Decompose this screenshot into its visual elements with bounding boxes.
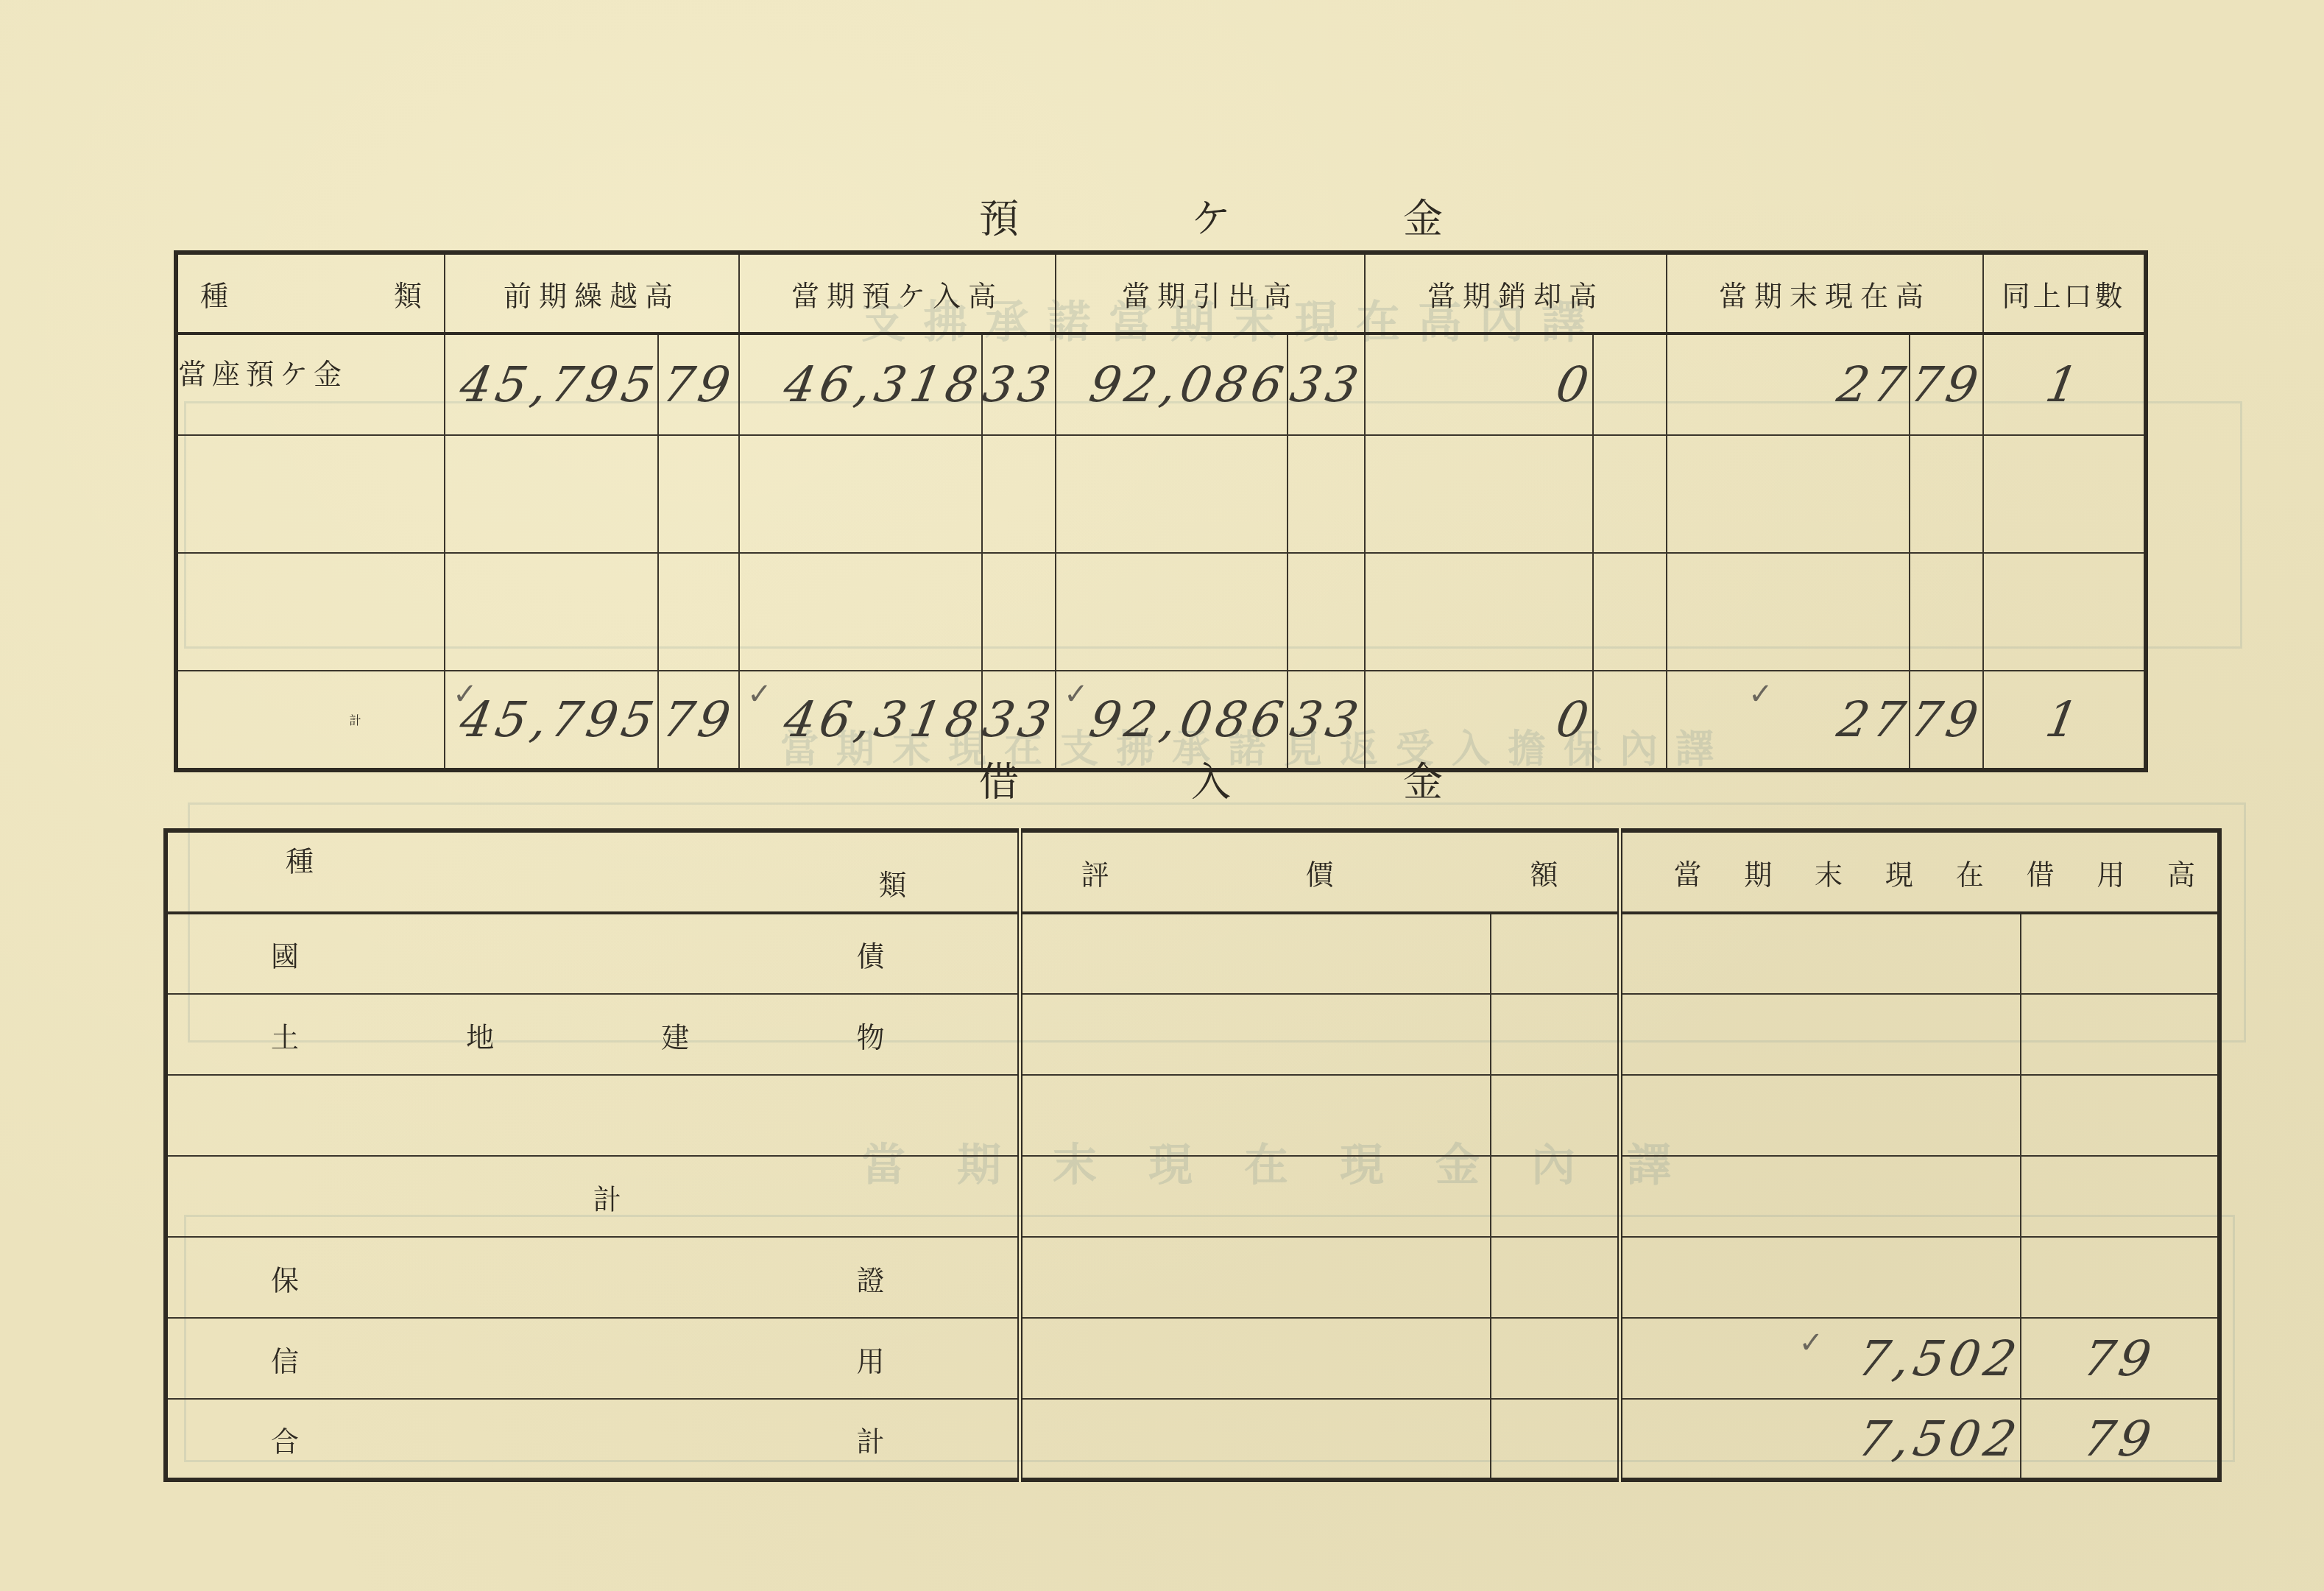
row-right-char: 用 [856, 1338, 884, 1379]
row-left-char: 國 [271, 934, 299, 974]
deposited-yen: 46,318 [780, 356, 986, 413]
row-label: 當座預ケ金 [176, 334, 445, 435]
total-end-borrowed-sen: 79 [2079, 1411, 2160, 1467]
total-deposited-yen: 46,318 [780, 691, 986, 748]
total-deposited-sen: 33 [978, 691, 1059, 748]
row-mid-char: 地 [466, 1015, 494, 1055]
row-right-char: 計 [856, 1419, 884, 1459]
total-withdrawn-sen: 33 [1286, 691, 1367, 748]
borrowings-title: 借 入 金 [979, 751, 1443, 808]
borrowings-table: 種 類 評 價 額 當 期 末 現 在 借 用 高 國債 [163, 828, 2222, 1482]
header-accounts: 同上口數 [1983, 253, 2146, 334]
row-right-char: 債 [856, 934, 884, 974]
total-prev-balance-yen: 45,795 [456, 691, 663, 748]
total-accounts-count: 1 [2041, 691, 2087, 748]
credit-end-borrowed-yen: 7,502 [1854, 1330, 2025, 1387]
grand-total-row: 合計 7,502 79 [166, 1399, 2219, 1480]
total-withdrawn-yen: 92,086 [1085, 691, 1292, 748]
accounts-count: 1 [2041, 356, 2087, 413]
title-char: 金 [1403, 751, 1443, 808]
total-end-borrowed-yen: 7,502 [1854, 1411, 2025, 1467]
table-row [176, 435, 2146, 553]
row-right-char: 證 [856, 1257, 884, 1298]
header-withdrawn: 當期引出高 [1056, 253, 1365, 334]
header-type: 種類 [176, 253, 445, 334]
borrowings-header-row: 種 類 評 價 額 當 期 末 現 在 借 用 高 [166, 830, 2219, 913]
header-prev-balance: 前期繰越高 [445, 253, 739, 334]
header-type: 種 類 [166, 830, 1020, 913]
withdrawn-yen: 92,086 [1085, 356, 1292, 413]
table-row: 信用 ✓7,502 79 [166, 1318, 2219, 1399]
check-mark-icon: ✓ [1064, 677, 1089, 711]
row-left-char: 信 [271, 1338, 299, 1379]
end-balance-sen: 79 [1906, 356, 1987, 413]
title-char: 借 [979, 751, 1019, 808]
header-end-borrowed: 當 期 末 現 在 借 用 高 [1620, 830, 2219, 913]
withdrawn-sen: 33 [1286, 356, 1367, 413]
row-left-char: 保 [271, 1257, 299, 1298]
prev-balance-yen: 45,795 [456, 356, 663, 413]
table-row [166, 1075, 2219, 1156]
credit-end-borrowed-sen: 79 [2079, 1330, 2160, 1387]
deposits-header-row: 種類 前期繰越高 當期預ケ入高 當期引出高 當期銷却高 當期末現在高 同上口數 [176, 253, 2146, 334]
title-char: 金 [1403, 188, 1443, 244]
title-char: 入 [1191, 751, 1231, 808]
check-mark-icon: ✓ [1799, 1326, 1824, 1360]
row-right-char: 物 [856, 1015, 884, 1055]
written-off-yen: 0 [1552, 356, 1597, 413]
total-end-balance-sen: 79 [1906, 691, 1987, 748]
subtotal-label: 計 [166, 1156, 1020, 1237]
check-mark-icon: ✓ [1748, 677, 1773, 711]
header-deposited: 當期預ケ入高 [739, 253, 1056, 334]
total-written-off-yen: 0 [1552, 691, 1597, 748]
end-balance-yen: 27 [1833, 356, 1914, 413]
row-left-char: 合 [271, 1419, 299, 1459]
deposits-title: 預 ケ 金 [979, 188, 1443, 244]
prev-balance-sen: 79 [658, 356, 739, 413]
check-mark-icon: ✓ [747, 677, 772, 711]
table-row: 當座預ケ金 45,795 79 46,318 33 92,086 33 0 27… [176, 334, 2146, 435]
table-row: 土 地 建 物 [166, 994, 2219, 1075]
header-end-balance: 當期末現在高 [1667, 253, 1983, 334]
total-end-balance-yen: 27 [1833, 691, 1914, 748]
header-written-off: 當期銷却高 [1365, 253, 1667, 334]
total-label: 計 [176, 671, 445, 770]
row-mid-char: 建 [661, 1015, 689, 1055]
subtotal-row: 計 [166, 1156, 2219, 1237]
total-prev-balance-sen: 79 [658, 691, 739, 748]
table-row: 保證 [166, 1237, 2219, 1318]
title-char: ケ [1191, 188, 1231, 244]
deposits-table: 種類 前期繰越高 當期預ケ入高 當期引出高 當期銷却高 當期末現在高 同上口數 … [174, 250, 2148, 772]
deposited-sen: 33 [978, 356, 1059, 413]
row-left-char: 土 [271, 1015, 299, 1055]
title-char: 預 [979, 188, 1019, 244]
table-row: 國債 [166, 913, 2219, 994]
table-row [176, 553, 2146, 671]
header-valuation: 評 價 額 [1020, 830, 1620, 913]
